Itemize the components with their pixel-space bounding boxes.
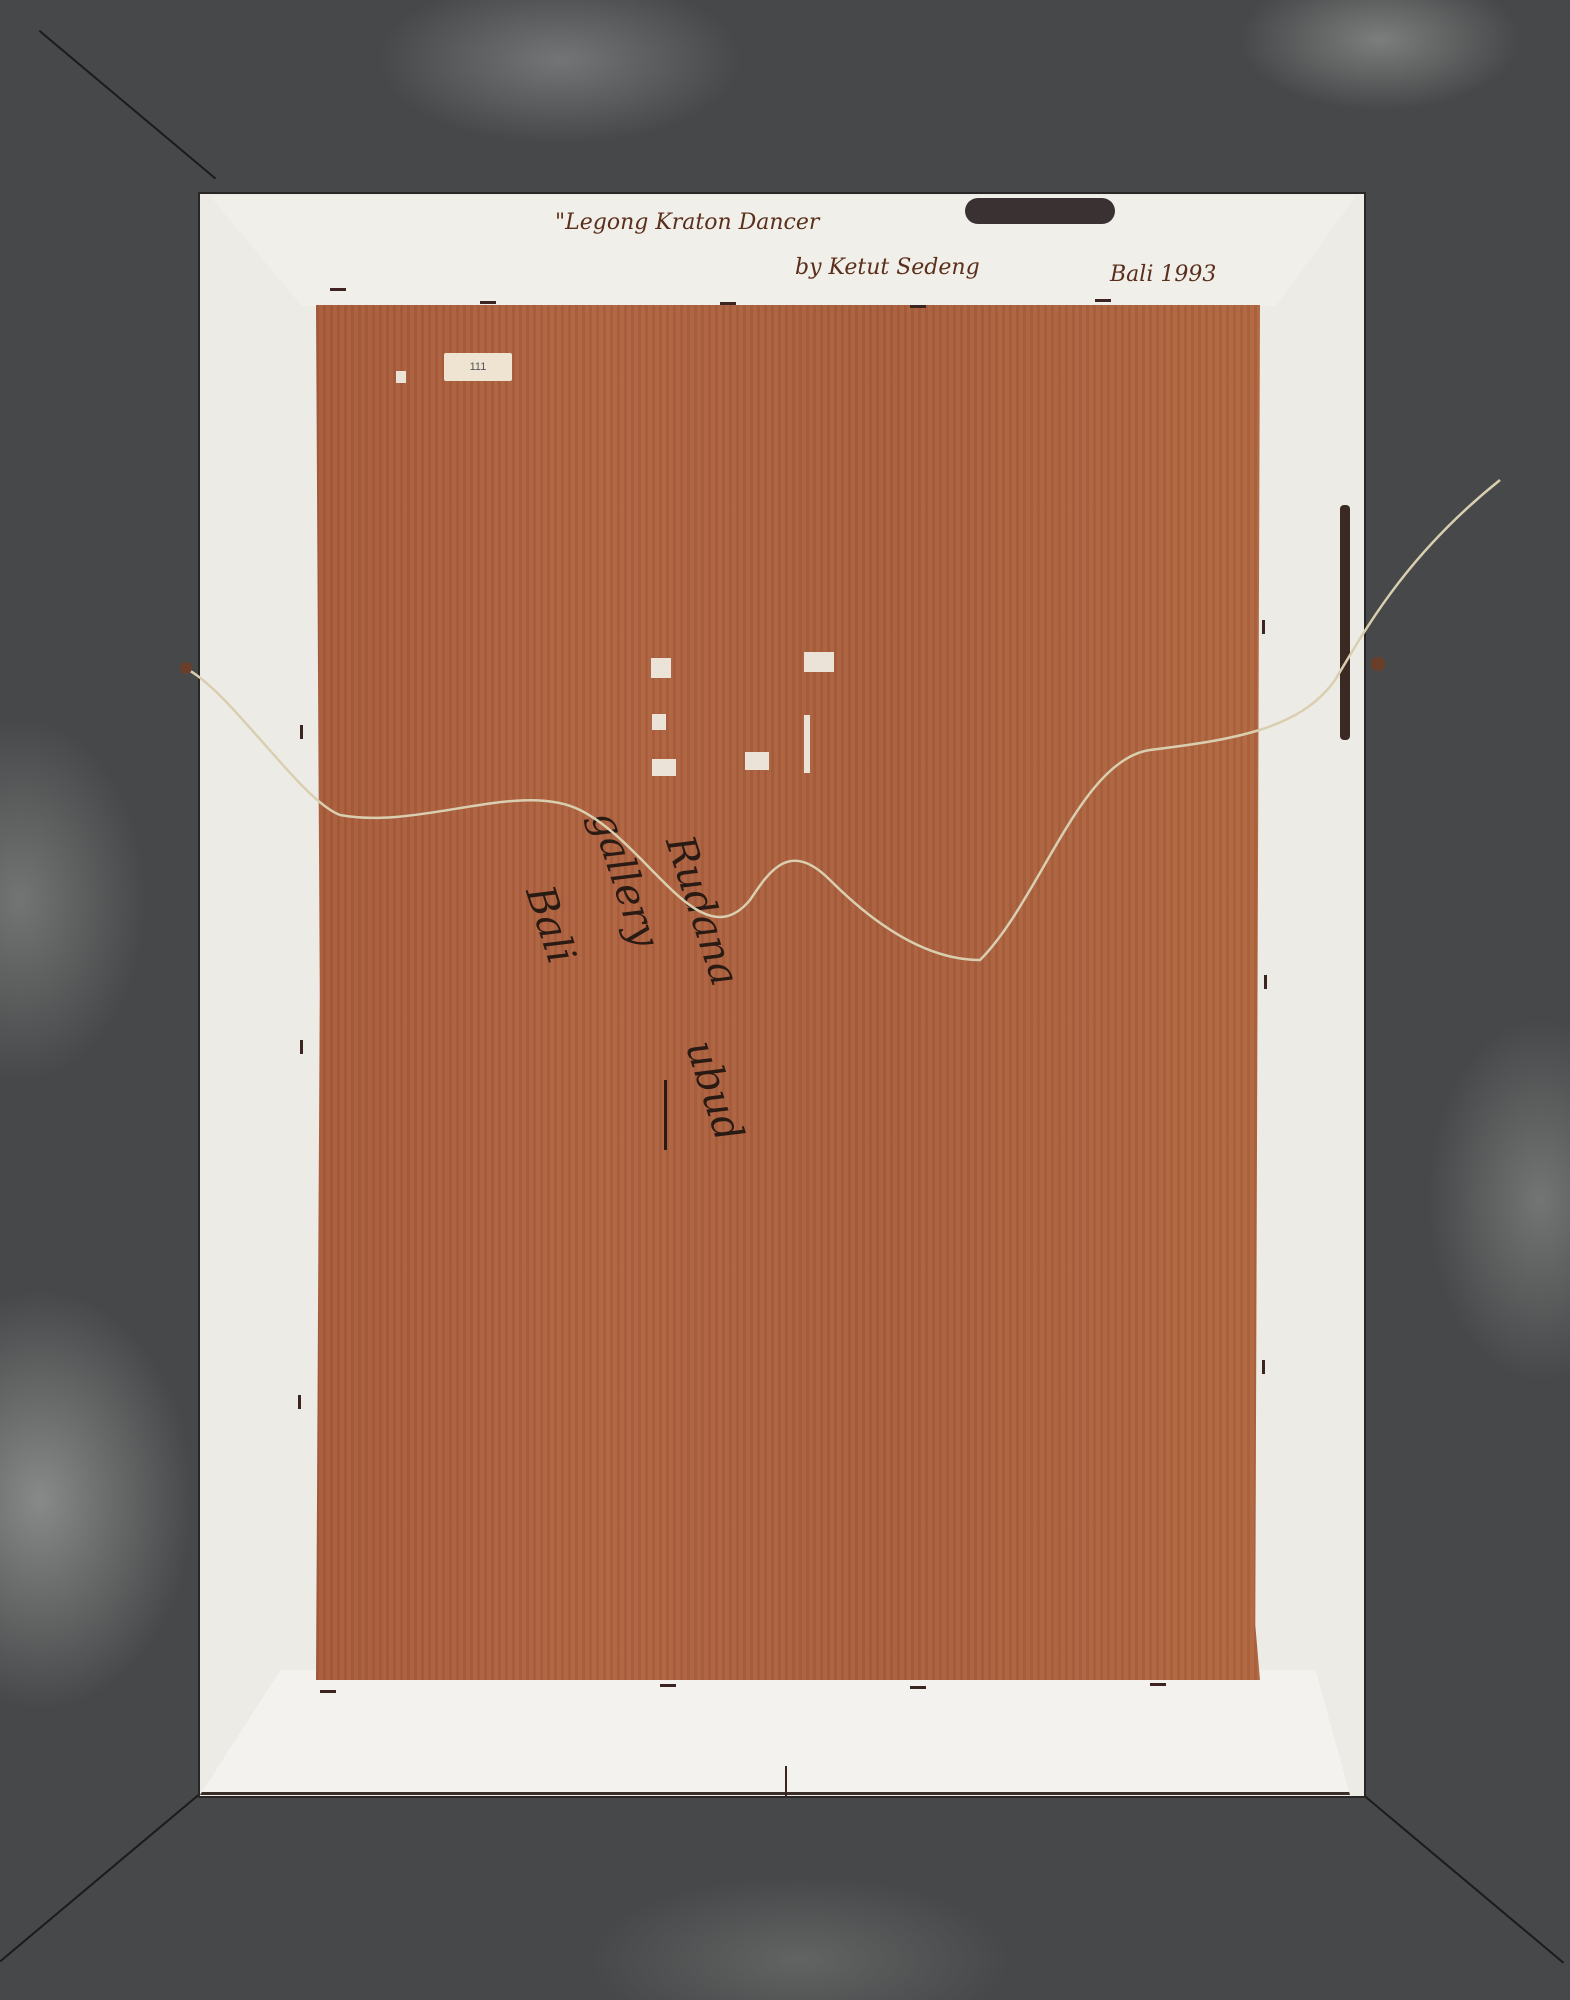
screw-eye-right (1371, 657, 1385, 671)
screw-eye-left (180, 662, 192, 674)
hanging-wire (0, 0, 1570, 2000)
